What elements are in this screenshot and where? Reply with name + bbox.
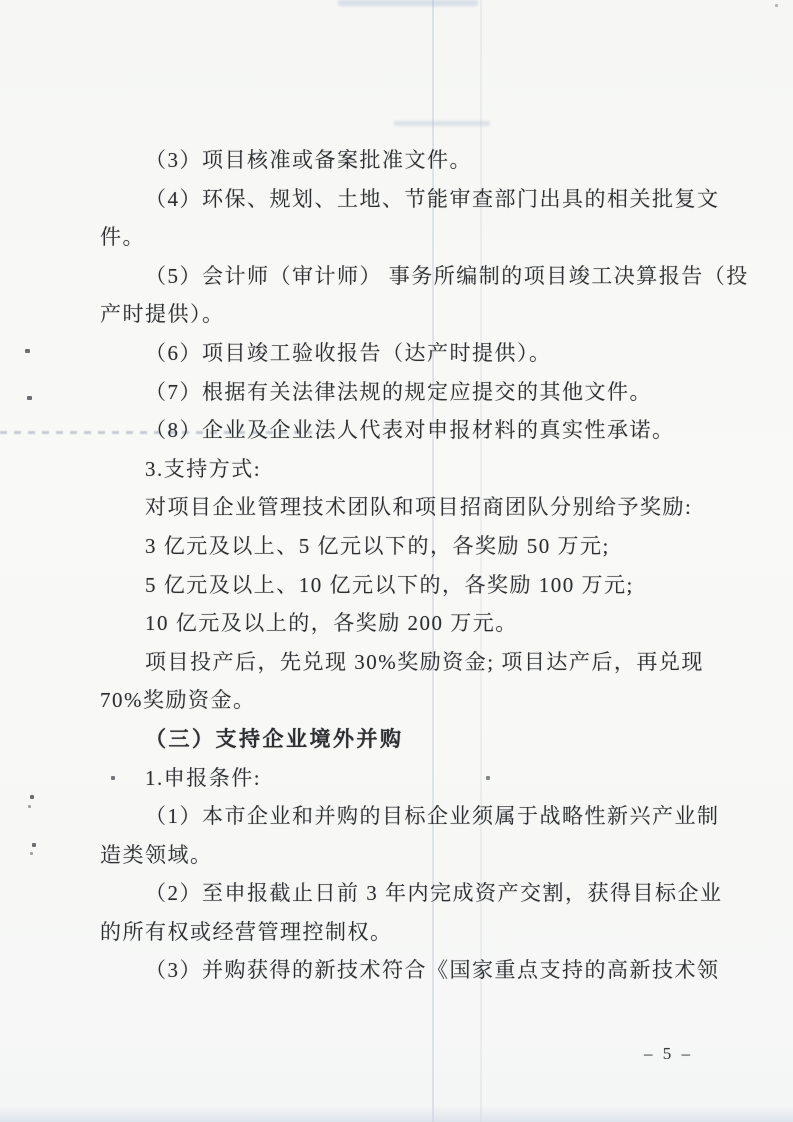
document-line: 产时提供）。 [100, 295, 720, 334]
document-line: （6）项目竣工验收报告（达产时提供）。 [100, 334, 720, 373]
document-line: （4）环保、规划、土地、节能审查部门出具的相关批复文 [100, 180, 720, 219]
document-line: 10 亿元及以上的，各奖励 200 万元。 [100, 604, 720, 643]
scan-speck [30, 795, 34, 799]
document-line: 3.支持方式: [100, 450, 720, 489]
document-page: （3）项目核准或备案批准文件。 （4）环保、规划、土地、节能审查部门出具的相关批… [0, 0, 793, 1122]
document-line: 70%奖励资金。 [100, 681, 720, 720]
document-line: 项目投产后，先兑现 30%奖励资金; 项目达产后，再兑现 [100, 643, 720, 682]
section-heading: （三）支持企业境外并购 [100, 720, 720, 759]
document-line: （1）本市企业和并购的目标企业须属于战略性新兴产业制 [100, 797, 720, 836]
document-line: 件。 [100, 218, 720, 257]
scan-smudge [338, 0, 478, 6]
document-line: 对项目企业管理技术团队和项目招商团队分别给予奖励: [100, 488, 720, 527]
scan-speck [28, 805, 31, 808]
scan-speck [25, 349, 30, 353]
document-line: 1.申报条件: [100, 759, 720, 798]
document-line: 造类领域。 [100, 836, 720, 875]
document-line: 3 亿元及以上、5 亿元以下的，各奖励 50 万元; [100, 527, 720, 566]
document-line: （2）至申报截止日前 3 年内完成资产交割，获得目标企业 [100, 874, 720, 913]
document-line: （3）项目核准或备案批准文件。 [100, 141, 720, 180]
document-line: 的所有权或经营管理控制权。 [100, 913, 720, 952]
document-line: （7）根据有关法律法规的规定应提交的其他文件。 [100, 373, 720, 412]
scan-smudge [394, 121, 490, 126]
document-line: （5）会计师（审计师） 事务所编制的项目竣工决算报告（投 [100, 257, 720, 296]
page-number: – 5 – [644, 1044, 693, 1064]
scan-speck [27, 396, 32, 400]
scan-speck [775, 4, 778, 7]
document-line: 5 亿元及以上、10 亿元以下的，各奖励 100 万元; [100, 566, 720, 605]
document-line: （8）企业及企业法人代表对申报材料的真实性承诺。 [100, 411, 720, 450]
scan-speck [32, 843, 36, 847]
scan-edge-shadow [0, 1106, 793, 1122]
scan-speck [30, 852, 33, 855]
document-line: （3）并购获得的新技术符合《国家重点支持的高新技术领 [100, 951, 720, 990]
document-body: （3）项目核准或备案批准文件。 （4）环保、规划、土地、节能审查部门出具的相关批… [100, 141, 720, 990]
